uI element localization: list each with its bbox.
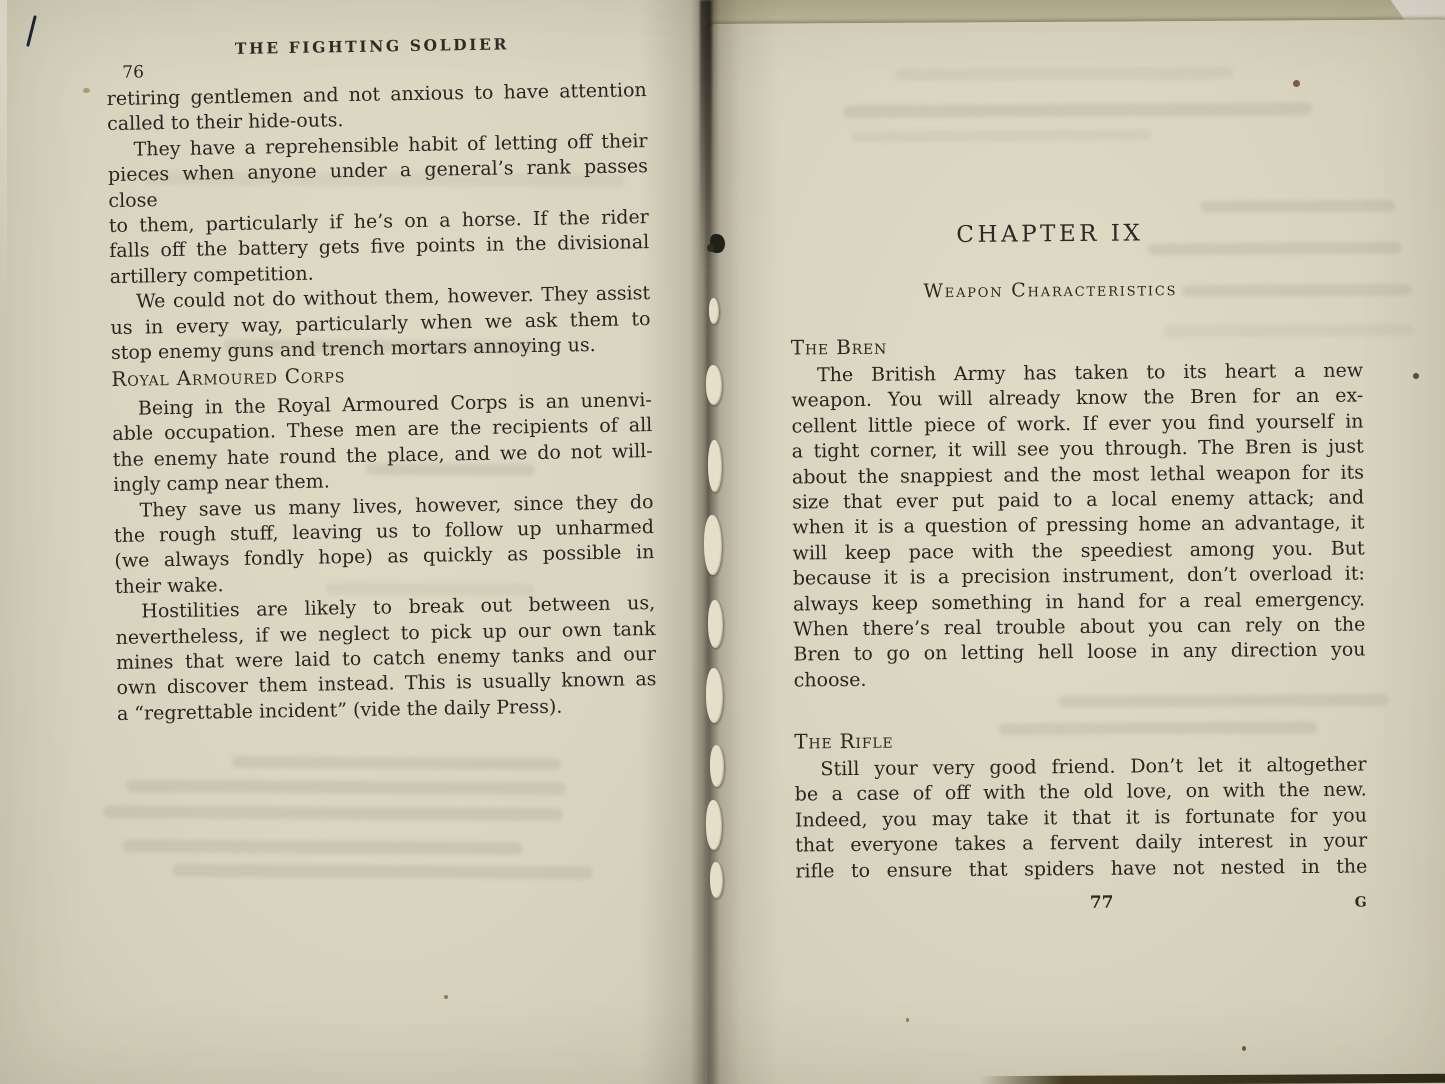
section-heading-the-bren: The Bren <box>791 335 887 360</box>
torn-page-edge <box>706 668 723 723</box>
torn-page-edge <box>708 600 723 648</box>
chapter-subheading: Weapon Characteristics <box>790 277 1310 304</box>
left-page: THE FIGHTING SOLDIER 76 retiring gentlem… <box>0 0 712 1084</box>
torn-page-edge <box>710 745 724 787</box>
section-heading-the-rifle: The Rifle <box>794 729 893 754</box>
right-page: CHAPTER IX Weapon Characteristics The Br… <box>706 19 1445 1084</box>
text-line: pieces when anyone under a general’s ran… <box>108 154 649 214</box>
paragraph-block: Being in the Royal Armoured Corps is an … <box>112 388 657 727</box>
paragraph-block: Still your very good friend. Don’t let i… <box>794 752 1367 884</box>
chapter-heading: CHAPTER IX <box>790 219 1310 250</box>
text-line: Bren to go on letting hell loose in any … <box>793 638 1365 668</box>
paper-speck <box>83 88 90 93</box>
ink-spot <box>710 234 725 253</box>
paragraph-block: The British Army has taken to its heart … <box>791 358 1366 693</box>
paper-speck <box>444 995 448 999</box>
torn-page-edge <box>706 365 722 405</box>
table-edge-shadow <box>980 1074 1445 1084</box>
paper-speck <box>1242 1046 1246 1051</box>
text-line: rifle to ensure that spiders have not ne… <box>795 854 1367 884</box>
gutter-crease <box>700 0 712 270</box>
left-page-content: THE FIGHTING SOLDIER 76 retiring gentlem… <box>96 28 663 937</box>
torn-page-edge <box>708 440 722 492</box>
torn-page-edge <box>704 515 722 575</box>
page-number-left: 76 <box>122 62 144 82</box>
signature-mark: G <box>1355 894 1368 910</box>
paragraph-block: retiring gentlemen and not anxious to ha… <box>107 78 652 366</box>
right-page-content: CHAPTER IX Weapon Characteristics The Br… <box>788 19 1369 1024</box>
torn-page-edge <box>706 800 722 850</box>
page-number-right: 77 <box>816 890 1388 915</box>
paper-speck <box>1413 373 1419 379</box>
torn-page-edge <box>709 298 719 324</box>
text-line: choose. <box>794 663 1366 693</box>
paper-speck <box>1293 80 1300 87</box>
paper-speck <box>906 1018 909 1022</box>
page-edge-highlight <box>0 0 7 320</box>
section-heading-royal-armoured-corps: Royal Armoured Corps <box>111 363 345 391</box>
book-photo: THE FIGHTING SOLDIER 76 retiring gentlem… <box>0 0 1445 1084</box>
running-header: THE FIGHTING SOLDIER <box>96 32 648 60</box>
torn-page-edge <box>710 862 723 898</box>
